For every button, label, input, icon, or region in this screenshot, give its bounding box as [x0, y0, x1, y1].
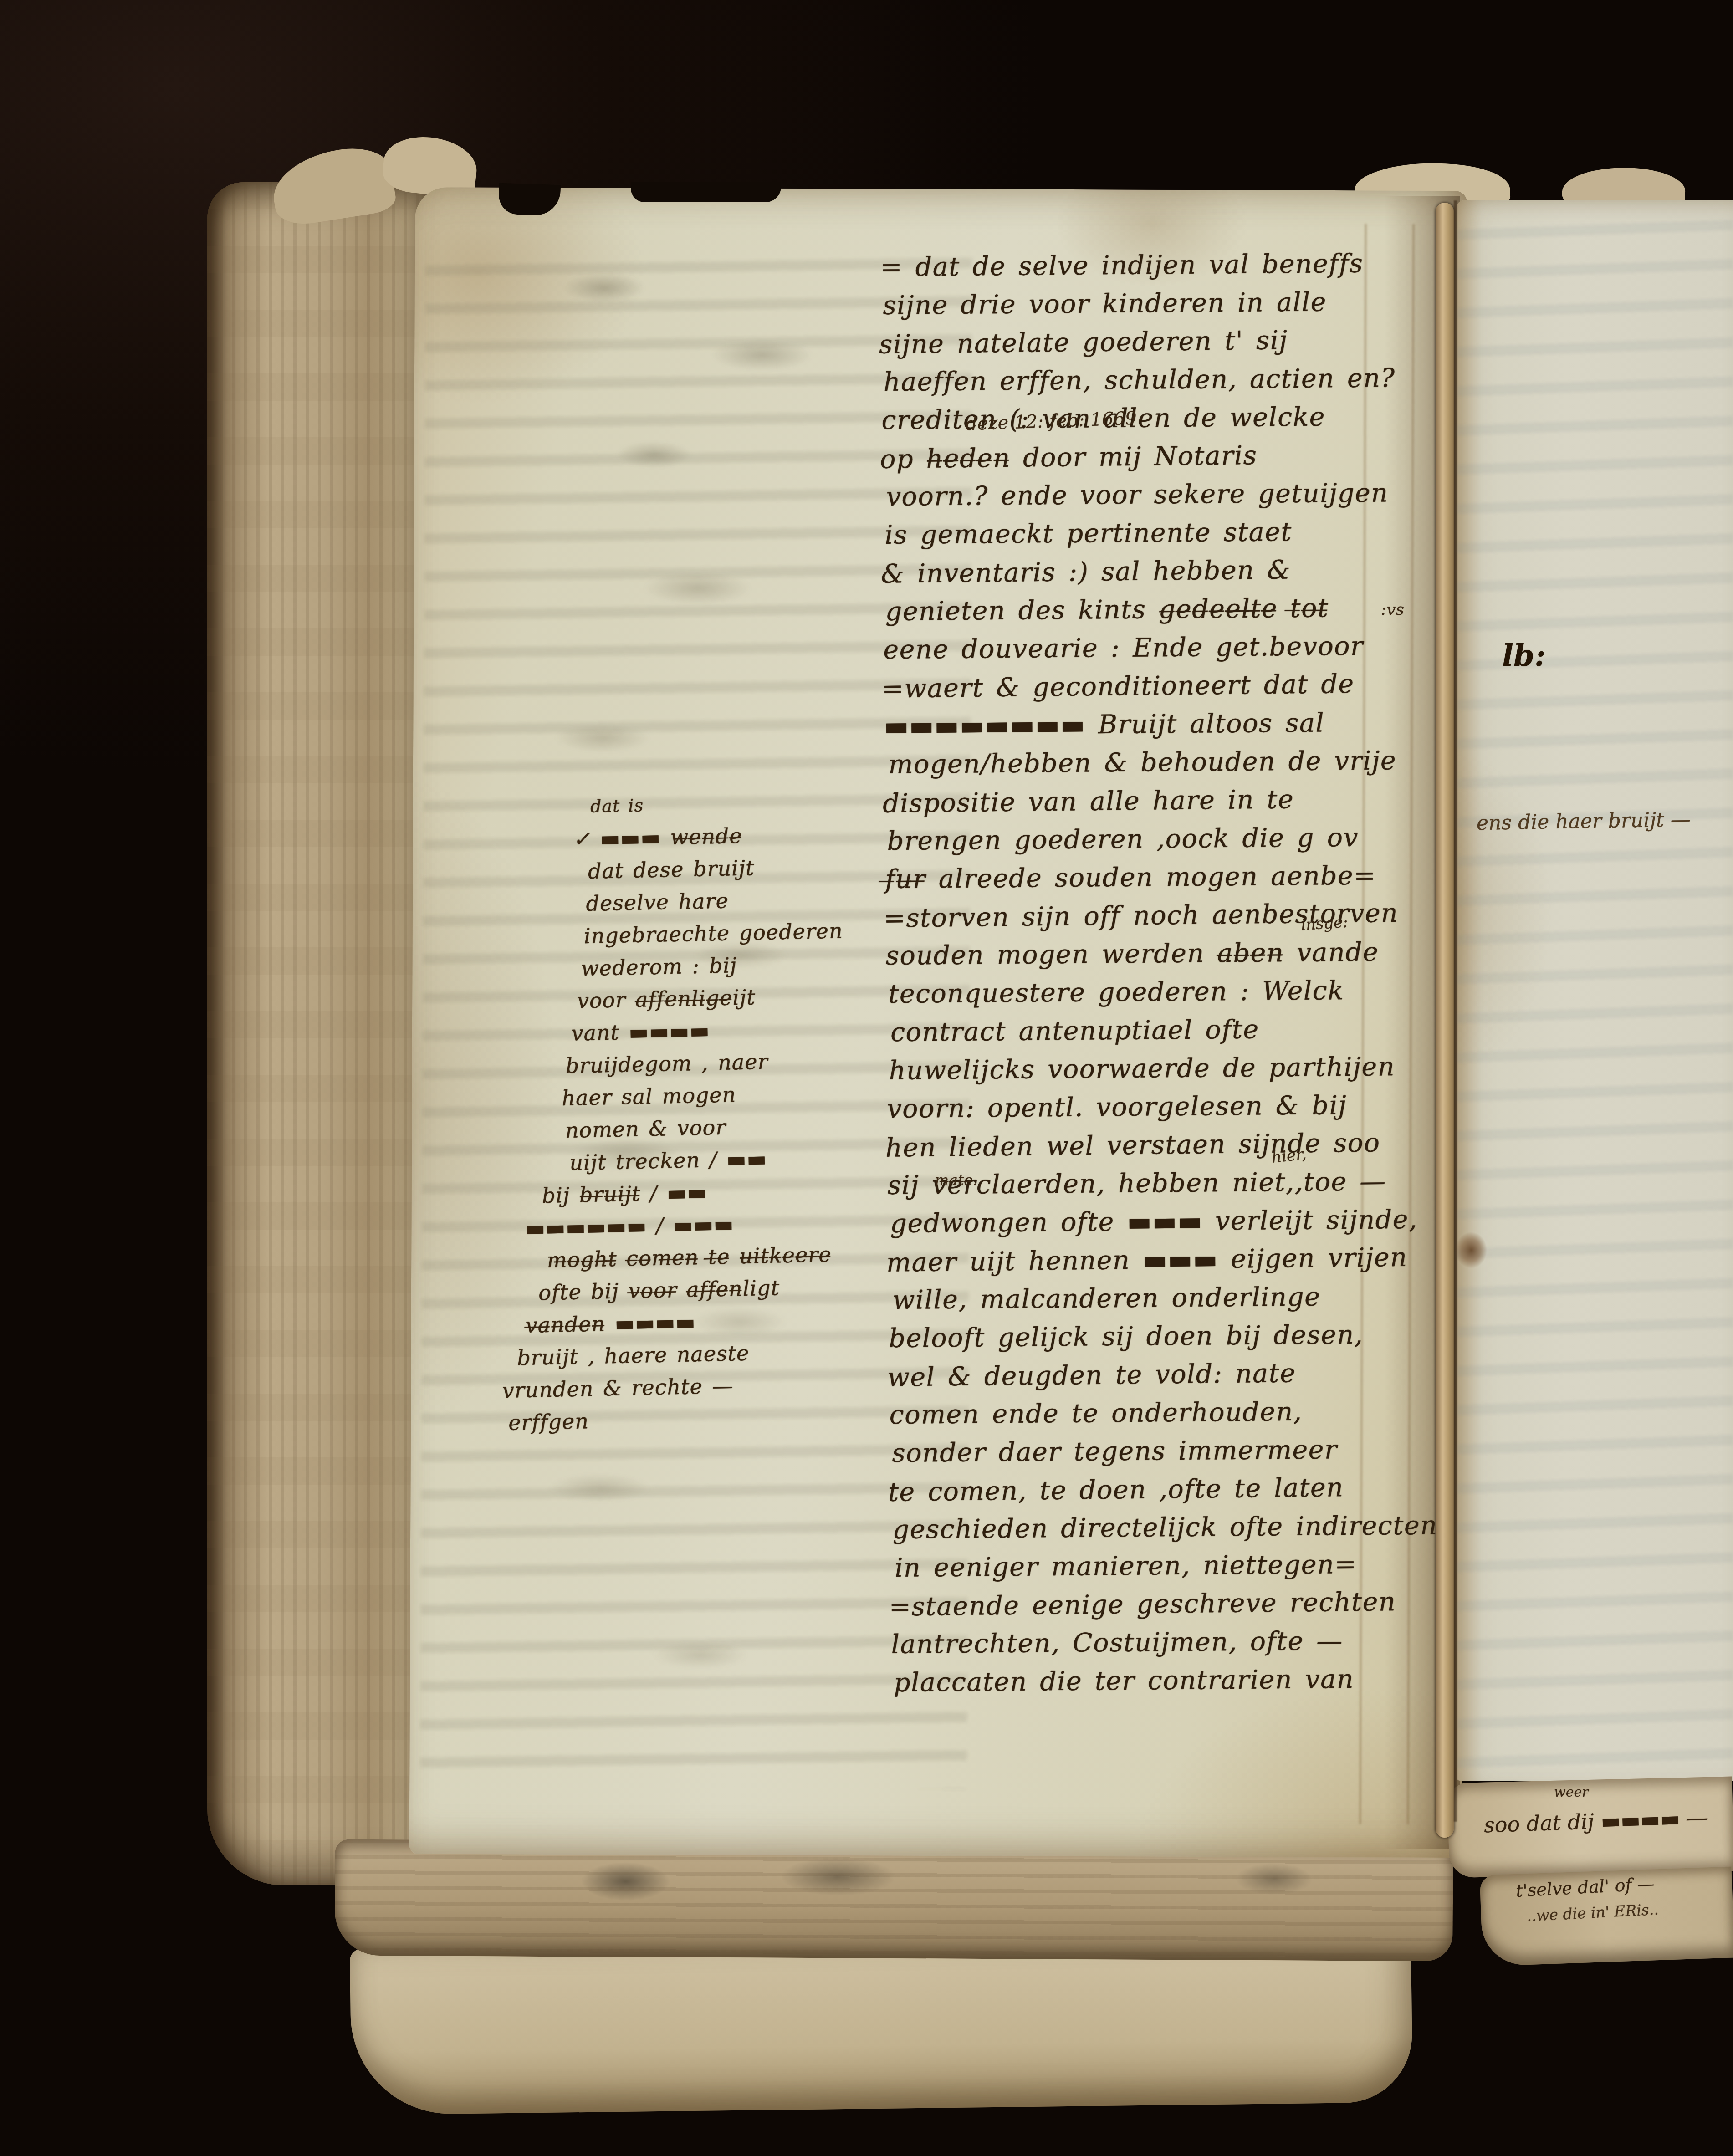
manuscript-line: wille, malcanderen onderlinge [892, 1277, 1476, 1319]
main-text-column: = dat de selve indijen val beneffssijne … [880, 244, 1474, 1702]
manuscript-photo: = dat de selve indijen val beneffssijne … [0, 0, 1733, 2156]
manuscript-line: sijne drie voor kinderen in alle [883, 282, 1466, 325]
manuscript-line: voorn.? ende voor sekere getuijgen [886, 473, 1469, 516]
manuscript-line: lantrechten, Costuijmen, ofte — [891, 1621, 1474, 1664]
manuscript-line: is gemaeckt pertinente staet [884, 511, 1468, 554]
manuscript-line: te comen, te doen ,ofte te laten [888, 1467, 1472, 1511]
manuscript-line: ▬▬▬▬▬▬▬▬ Bruijt altoos sal [884, 703, 1467, 746]
right-page [1457, 200, 1733, 1781]
manuscript-line: =staende eenige geschreve rechten [889, 1582, 1472, 1626]
lb-marginal-mark: lb: [1502, 638, 1546, 673]
manuscript-line: voorn: opentl. voorgelesen & bij [887, 1085, 1470, 1128]
manuscript-line: = dat de selve indijen val beneffs [880, 244, 1463, 286]
manuscript-line: mogen/hebben & behouden de vrije [888, 741, 1472, 784]
manuscript-line: gedwongen ofte ▬▬▬ verleijt sijnde, [890, 1200, 1473, 1243]
hier-insertion: hier, [1271, 1145, 1307, 1167]
manuscript-line: maer uijt hennen ▬▬▬ eijgen vrijen [886, 1237, 1470, 1282]
vs-abbreviation-mark: :vs [1381, 600, 1404, 619]
manuscript-line: haeffen erffen, schulden, actien en? [883, 358, 1467, 401]
manuscript-line: huwelijcks voorwaerde de parthijen [889, 1047, 1472, 1090]
manuscript-line: & inventaris :) sal hebben & [881, 549, 1464, 593]
right-page-continuation-line: ens die haer bruijt — [1477, 808, 1691, 835]
manuscript-line: brengen goederen ,oock die g ov [887, 817, 1470, 860]
torn-notch [631, 182, 781, 202]
manuscript-line: sijne natelate goederen t' sij [879, 319, 1462, 363]
struck-margin-wordlet: m̶a̶t̶e̶. [935, 1171, 977, 1189]
manuscript-line: =storven sijn off noch aenbestorven [884, 893, 1467, 937]
manuscript-line: wel & deugden te vold: nate [887, 1352, 1471, 1396]
manuscript-line: placcaten die ter contrarien van [894, 1659, 1477, 1702]
bottom-page-edge-stack [334, 1839, 1453, 1962]
manuscript-line: op h̶e̶d̶e̶n̶ door mij Notaris [880, 434, 1463, 478]
manuscript-line: sonder daer tegens immermeer [892, 1430, 1475, 1472]
manuscript-line: hen lieden wel verstaen sijnde soo [885, 1123, 1469, 1167]
manuscript-line: souden mogen werden a̶b̶e̶n̶ vande [885, 932, 1469, 975]
left-page-edge-stack [207, 182, 426, 1885]
manuscript-line: eene douvearie : Ende get.bevoor [883, 626, 1467, 669]
manuscript-line: belooft gelijck sij doen bij desen, [889, 1315, 1472, 1358]
protruding-under-sheet [350, 1936, 1413, 2115]
manuscript-line: comen ende te onderhouden, [889, 1391, 1472, 1434]
margin-note-column: dat is✓ ▬▬▬ w̶e̶n̶d̶e̶dat dese bruijtdes… [490, 783, 950, 1439]
manuscript-line: teconquestere goederen : Welck [888, 971, 1472, 1013]
manuscript-line: dispositie van alle hare in te [883, 778, 1466, 823]
insge-insertion: insge: [1300, 913, 1349, 934]
manuscript-line: geschieden directelijck ofte indirecten [892, 1506, 1476, 1549]
manuscript-line: contract antenuptiael ofte [890, 1009, 1474, 1052]
manuscript-line: f̶u̶r̶ alreede souden mogen aenbe= [885, 856, 1468, 899]
manuscript-line: in eeniger manieren, niettegen= [895, 1544, 1478, 1587]
manuscript-line: =waert & geconditioneert dat de [882, 664, 1465, 708]
weer-superscript: w̶e̶e̶r̶ [1554, 1784, 1589, 1800]
